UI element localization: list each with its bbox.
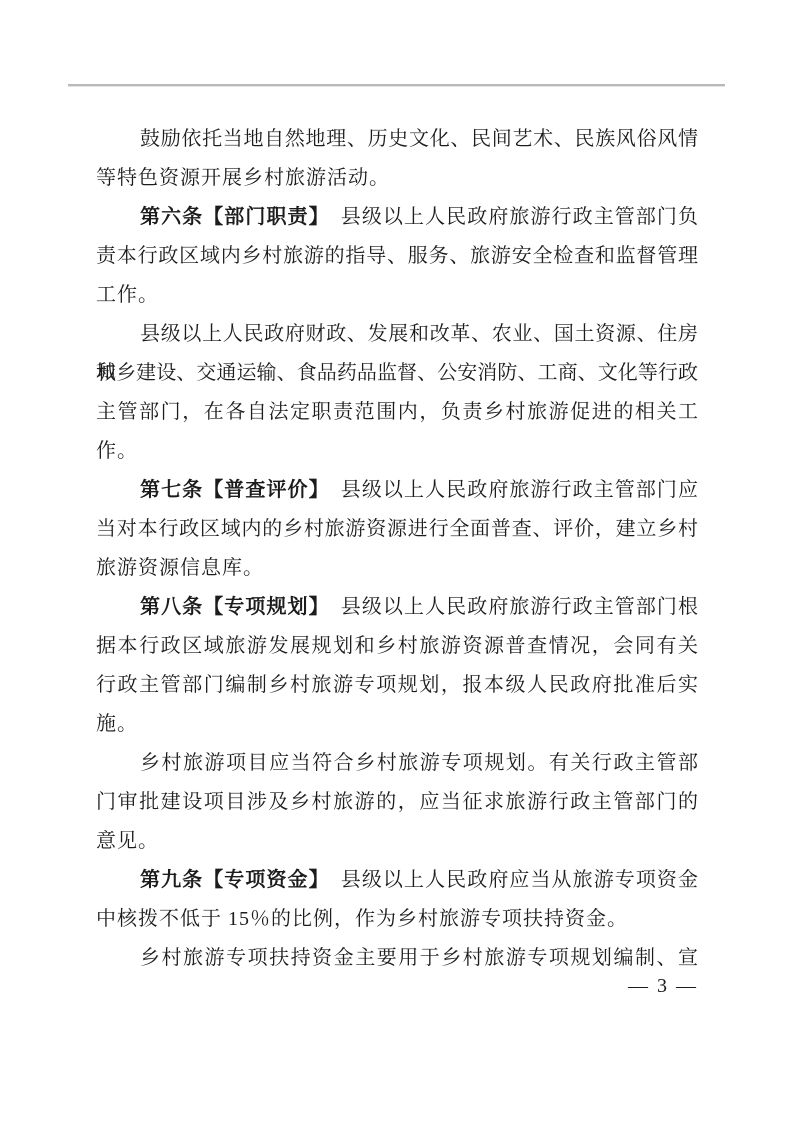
text-segment: 工作。 [96, 284, 159, 306]
text-line: 中核拨不低于 15％的比例，作为乡村旅游专项扶持资金。 [96, 900, 698, 939]
paragraph: 第六条【部门职责】 县级以上人民政府旅游行政主管部门负责本行政区域内乡村旅游的指… [96, 198, 698, 315]
text-segment: 县级以上人民政府旅游行政主管部门负 [320, 206, 698, 228]
article-heading: 第九条【专项资金】 [140, 869, 320, 891]
text-segment: 责本行政区域内乡村旅游的指导、服务、旅游安全检查和监督管理 [96, 245, 698, 267]
paragraph: 第七条【普查评价】 县级以上人民政府旅游行政主管部门应当对本行政区域内的乡村旅游… [96, 471, 698, 588]
text-line: 县级以上人民政府财政、发展和改革、农业、国土资源、住房和 [96, 315, 698, 354]
text-segment: 施。 [96, 713, 138, 735]
paragraph: 鼓励依托当地自然地理、历史文化、民间艺术、民族风俗风情等特色资源开展乡村旅游活动… [96, 120, 698, 198]
text-line: 工作。 [96, 276, 698, 315]
header-rule [68, 84, 725, 87]
text-segment: 乡村旅游专项扶持资金主要用于乡村旅游专项规划编制、宣 [140, 947, 698, 969]
article-heading: 第六条【部门职责】 [140, 206, 320, 228]
text-segment: 作。 [96, 440, 138, 462]
text-segment: 意见。 [96, 830, 159, 852]
text-segment: 城乡建设、交通运输、食品药品监督、公安消防、工商、文化等行政 [96, 362, 698, 384]
page-footer: — 3 — [96, 971, 698, 1001]
text-segment: 主管部门，在各自法定职责范围内，负责乡村旅游促进的相关工 [96, 401, 698, 423]
text-line: 第六条【部门职责】 县级以上人民政府旅游行政主管部门负 [96, 198, 698, 237]
text-segment: 行政主管部门编制乡村旅游专项规划，报本级人民政府批准后实 [96, 674, 698, 696]
text-segment: 当对本行政区域内的乡村旅游资源进行全面普查、评价，建立乡村 [96, 518, 698, 540]
text-line: 第九条【专项资金】 县级以上人民政府应当从旅游专项资金 [96, 861, 698, 900]
text-line: 当对本行政区域内的乡村旅游资源进行全面普查、评价，建立乡村 [96, 510, 698, 549]
text-line: 行政主管部门编制乡村旅游专项规划，报本级人民政府批准后实 [96, 666, 698, 705]
text-segment: 县级以上人民政府应当从旅游专项资金 [320, 869, 698, 891]
document-page: 鼓励依托当地自然地理、历史文化、民间艺术、民族风俗风情等特色资源开展乡村旅游活动… [0, 0, 793, 1122]
text-line: 第七条【普查评价】 县级以上人民政府旅游行政主管部门应 [96, 471, 698, 510]
paragraph: 第九条【专项资金】 县级以上人民政府应当从旅游专项资金中核拨不低于 15％的比例… [96, 861, 698, 939]
text-line: 施。 [96, 705, 698, 744]
paragraph: 乡村旅游项目应当符合乡村旅游专项规划。有关行政主管部门审批建设项目涉及乡村旅游的… [96, 744, 698, 861]
text-line: 旅游资源信息库。 [96, 549, 698, 588]
paragraph: 第八条【专项规划】 县级以上人民政府旅游行政主管部门根据本行政区域旅游发展规划和… [96, 588, 698, 744]
text-line: 作。 [96, 432, 698, 471]
text-segment: 鼓励依托当地自然地理、历史文化、民间艺术、民族风俗风情 [140, 128, 698, 150]
text-line: 门审批建设项目涉及乡村旅游的，应当征求旅游行政主管部门的 [96, 783, 698, 822]
article-heading: 第八条【专项规划】 [140, 596, 320, 618]
text-line: 意见。 [96, 822, 698, 861]
text-segment: 门审批建设项目涉及乡村旅游的，应当征求旅游行政主管部门的 [96, 791, 698, 813]
text-segment: 中核拨不低于 15％的比例，作为乡村旅游专项扶持资金。 [96, 908, 628, 930]
text-line: 等特色资源开展乡村旅游活动。 [96, 159, 698, 198]
text-block: 鼓励依托当地自然地理、历史文化、民间艺术、民族风俗风情等特色资源开展乡村旅游活动… [96, 120, 698, 978]
text-line: 据本行政区域旅游发展规划和乡村旅游资源普查情况，会同有关 [96, 627, 698, 666]
text-segment: 县级以上人民政府旅游行政主管部门根 [320, 596, 698, 618]
text-line: 第八条【专项规划】 县级以上人民政府旅游行政主管部门根 [96, 588, 698, 627]
text-segment: 据本行政区域旅游发展规划和乡村旅游资源普查情况，会同有关 [96, 635, 698, 657]
text-line: 乡村旅游项目应当符合乡村旅游专项规划。有关行政主管部 [96, 744, 698, 783]
text-segment: 乡村旅游项目应当符合乡村旅游专项规划。有关行政主管部 [140, 752, 698, 774]
text-segment: 等特色资源开展乡村旅游活动。 [96, 167, 390, 189]
paragraph: 县级以上人民政府财政、发展和改革、农业、国土资源、住房和城乡建设、交通运输、食品… [96, 315, 698, 471]
text-segment: 旅游资源信息库。 [96, 557, 264, 579]
text-line: 城乡建设、交通运输、食品药品监督、公安消防、工商、文化等行政 [96, 354, 698, 393]
text-segment: 县级以上人民政府旅游行政主管部门应 [320, 479, 698, 501]
text-line: 鼓励依托当地自然地理、历史文化、民间艺术、民族风俗风情 [96, 120, 698, 159]
article-heading: 第七条【普查评价】 [140, 479, 320, 501]
page-number: — 3 — [628, 975, 698, 997]
text-line: 主管部门，在各自法定职责范围内，负责乡村旅游促进的相关工 [96, 393, 698, 432]
text-line: 责本行政区域内乡村旅游的指导、服务、旅游安全检查和监督管理 [96, 237, 698, 276]
